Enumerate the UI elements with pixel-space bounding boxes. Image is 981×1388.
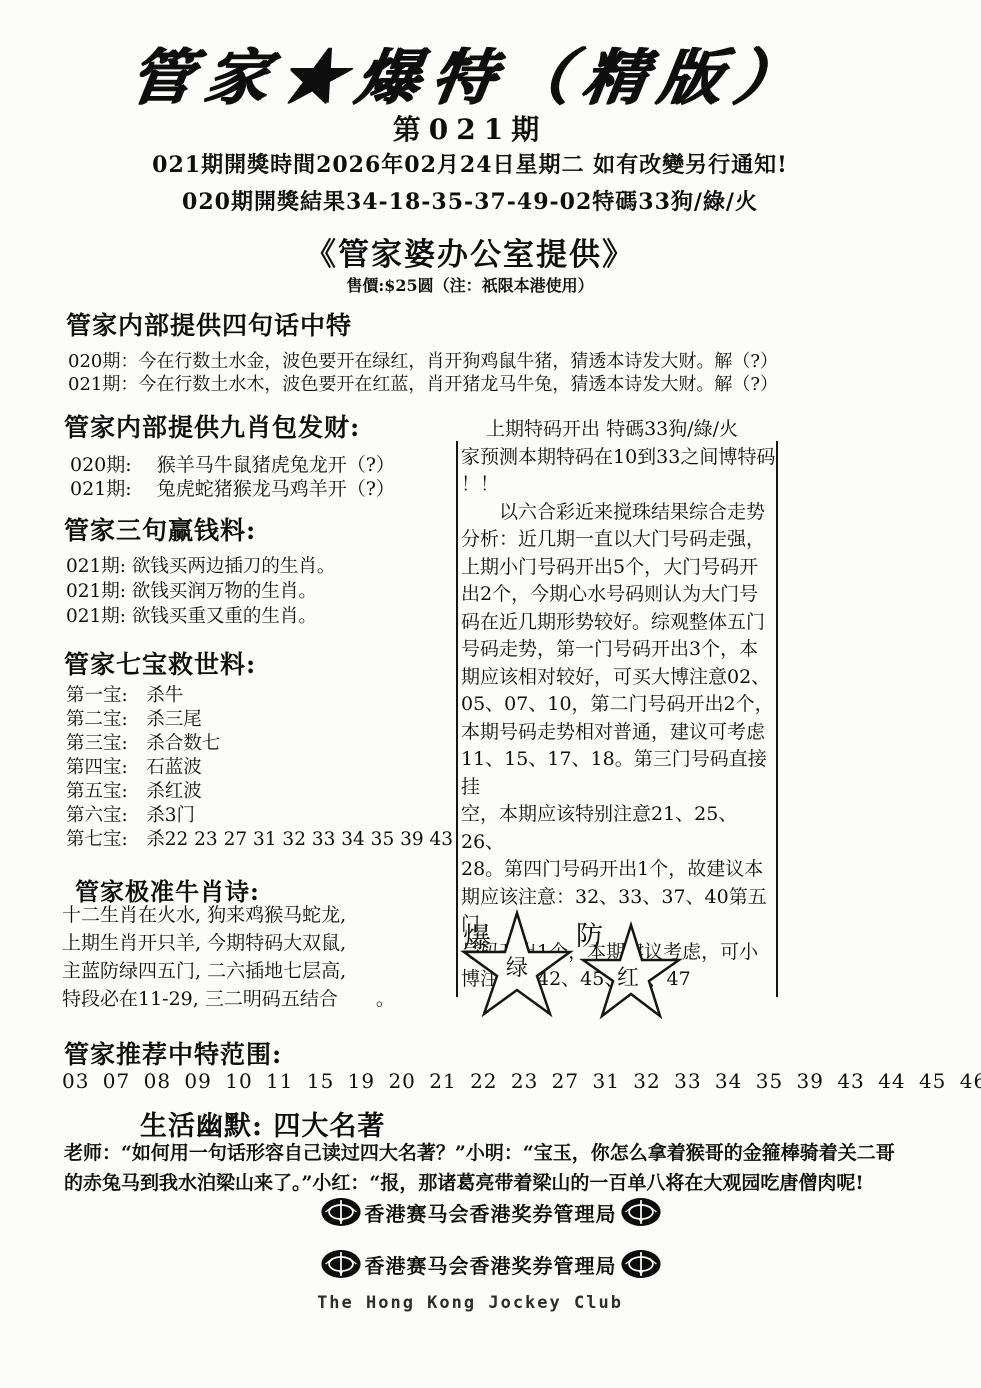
last-result-line: 020期開獎結果34-18-35-37-49-02特碼33狗/綠/火 (0, 185, 940, 216)
draw-time-line: 021期開獎時間2026年02月24日星期二 如有改變另行通知! (0, 148, 940, 179)
zodiac-poem-lines: 十二生肖在火水, 狗来鸡猴马蛇龙, 上期生肖开只羊, 今期特码大双鼠, 主蓝防绿… (62, 901, 395, 1013)
price-note: 售價:$25圆（注：祇限本港使用） (0, 273, 940, 296)
page: 管家★爆特（精版） 第021期 021期開獎時間2026年02月24日星期二 如… (0, 0, 981, 1388)
jockey-club-english-name: The Hong Kong Jockey Club (0, 1293, 940, 1313)
masthead-title: 管家★爆特（精版） (0, 30, 970, 116)
jockey-club-row-2: 香港赛马会香港奖券管理局 (0, 1248, 981, 1280)
four-sentence-heading: 管家内部提供四句话中特 (66, 306, 352, 342)
provider-line: 《管家婆办公室提供》 (0, 229, 940, 274)
recommend-heading: 管家推荐中特范围: (64, 1035, 282, 1071)
issue-number: 第021期 (0, 108, 940, 148)
seven-treasure-lines: 第一宝: 杀牛 第二宝: 杀三尾 第三宝: 杀合数七 第四宝: 石蓝波 第五宝:… (66, 684, 453, 852)
hkjc-logo-icon (320, 1248, 362, 1280)
three-sentence-heading: 管家三句赢钱料: (64, 511, 256, 547)
three-sentence-lines: 021期: 欲钱买两边插刀的生肖。 021期: 欲钱买润万物的生肖。 021期:… (66, 554, 335, 629)
nine-zodiac-heading: 管家内部提供九肖包发财: (64, 408, 360, 444)
hkjc-logo-icon (620, 1196, 662, 1228)
jockey-club-row-1: 香港赛马会香港奖券管理局 (0, 1196, 981, 1228)
nine-zodiac-lines: 020期: 猴羊马牛鼠猪虎兔龙开（?） 021期: 兔虎蛇猪猴龙马鸡羊开（?） (70, 453, 395, 501)
jockey-club-text-2: 香港赛马会香港奖券管理局 (365, 1250, 617, 1279)
recommend-numbers: 03 07 08 09 10 11 15 19 20 21 22 23 27 3… (62, 1069, 981, 1093)
left-star-label: 爆 (463, 921, 491, 954)
red-star-inner-text: 红 (617, 966, 639, 991)
hkjc-logo-icon (320, 1196, 362, 1228)
humor-lines: 老师：“如何用一句话形容自己读过四大名著？”小明：“宝玉，你怎么拿着猴哥的金箍棒… (64, 1138, 972, 1198)
hkjc-logo-icon (620, 1248, 662, 1280)
stars-graphic: 爆 防 绿 红 (455, 903, 695, 1029)
jockey-club-text-1: 香港赛马会香港奖券管理局 (365, 1198, 617, 1227)
seven-treasure-heading: 管家七宝救世料: (64, 645, 256, 681)
green-star-inner-text: 绿 (506, 956, 528, 981)
four-sentence-lines: 020期：今在行数土水金，波色要开在绿红，肖开狗鸡鼠牛猪，猜透本诗发大财。解（?… (68, 350, 958, 396)
right-star-label: 防 (576, 921, 603, 952)
